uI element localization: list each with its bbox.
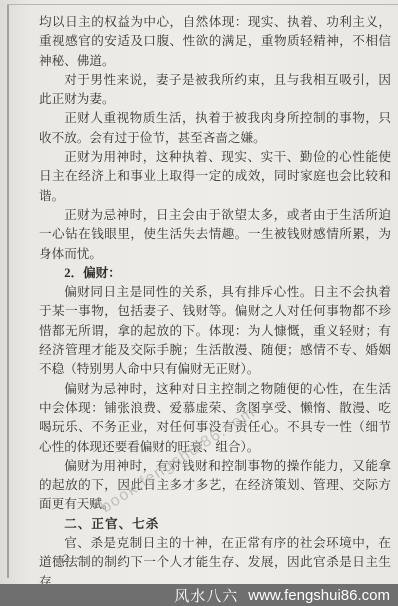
paragraph: 偏财同日主是同性的关系，具有排斥心性。日主不会执着于某一事物，包括妻子、钱财等。… (39, 283, 391, 379)
paragraph: 正财为用神时，这种执着、现实、实干、勤俭的心性能使日主在经济上和事业上取得一定的… (39, 148, 391, 206)
paragraph: 偏财为忌神时，这种对日主控制之物随便的心性，在生活中会体现：铺张浪费、爱慕虚荣、… (39, 380, 391, 457)
section-heading-pian-cai: 2．偏财： (39, 264, 391, 283)
watermark-footer-bar: 风水八六 www.fengshui86.com (0, 584, 398, 606)
paragraph: 偏财为用神时，有对钱财和控制事物的操作能力，又能拿的起放的下，因此日主多才多艺，… (39, 457, 391, 515)
paragraph: 正财人重视物质生活，执着于被我肉身所控制的事物，只收不放。会有过于俭节，甚至吝啬… (39, 109, 391, 148)
scanned-book-page: 均以日主的权益为中心，自然体现：现实、执着、功利主义，重视感官的安适及口腹、性欲… (0, 0, 398, 606)
section-heading-guan-sha: 二、正官、七杀 (39, 515, 391, 534)
footer-site-name: 风水八六 (174, 585, 238, 606)
paragraph: 对于男性来说，妻子是被我所约束，且与我相互吸引，因此正财为妻。 (39, 71, 391, 110)
paragraph: 正财为忌神时，日主会由于欲望太多，或者由于生活所迫一心钻在钱眼里，使生活失去情趣… (39, 206, 391, 264)
page-number: · 2 · (52, 551, 82, 566)
footer-site-url: www.fengshui86.com (248, 587, 390, 604)
paragraph: 均以日主的权益为中心，自然体现：现实、执着、功利主义，重视感官的安适及口腹、性欲… (39, 13, 391, 71)
scan-edge-line-left (7, 4, 9, 578)
page-text-column: 均以日主的权益为中心，自然体现：现实、执着、功利主义，重视感官的安适及口腹、性欲… (39, 13, 391, 592)
scan-edge-line-top (7, 4, 398, 5)
